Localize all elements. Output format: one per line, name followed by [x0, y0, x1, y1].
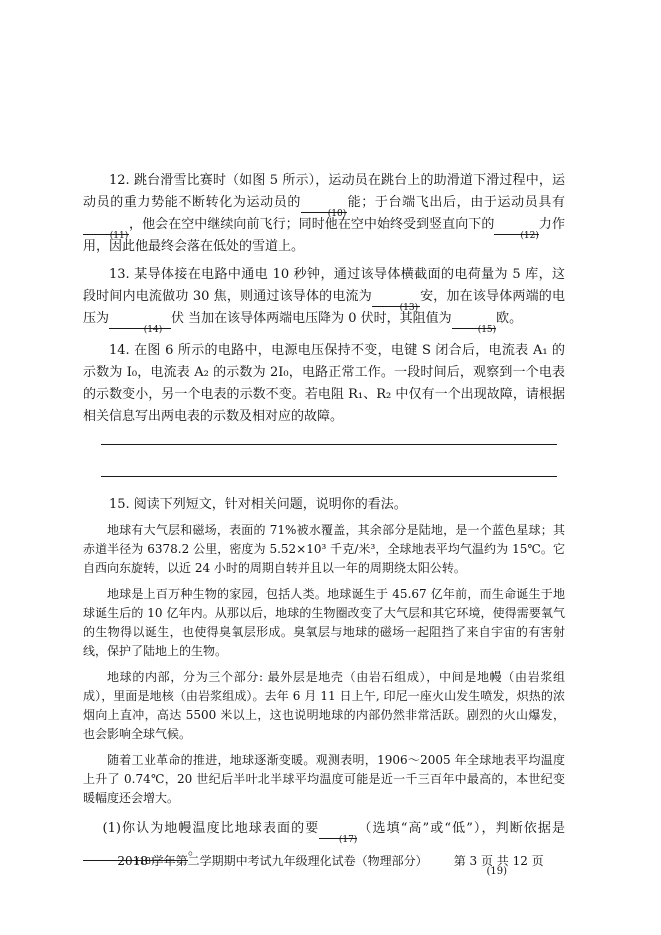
question-15-intro: 15. 阅读下列短文，针对相关问题，说明你的看法。	[83, 494, 565, 516]
passage-paragraph-1: 地球有大气层和磁场，表面的 71%被水覆盖，其余部分是陆地，是一个蓝色星球；其赤…	[83, 521, 565, 578]
answer-blank: (10)	[301, 198, 347, 213]
answer-blank: (15)	[452, 314, 496, 329]
footer-exam-title: 2018 学年第二学期期中考试九年级理化试卷（物理部分）	[117, 853, 427, 869]
passage-paragraph-4: 随着工业革命的推进，地球逐渐变暖。观测表明，1906～2005 年全球地表平均温…	[83, 751, 565, 808]
blank-number-label: (17)	[339, 835, 357, 845]
answer-blank: (17)	[319, 824, 357, 839]
answer-blank: (13)	[372, 292, 420, 307]
page-footer: 2018 学年第二学期期中考试九年级理化试卷（物理部分） 第 3 页 共 12 …	[0, 853, 661, 869]
answer-blank: (11)	[83, 220, 129, 235]
answer-blank: (12)	[494, 220, 538, 235]
blank-number-label: (14)	[144, 325, 162, 335]
question-14: 14. 在图 6 所示的电路中，电源电压保持不变，电键 S 闭合后，电流表 A₁…	[83, 340, 565, 428]
blank-number-label: (11)	[110, 231, 128, 241]
passage-paragraph-3: 地球的内部，分为三个部分: 最外层是地壳（由岩石组成），中间是地幔（由岩浆组成）…	[83, 668, 565, 744]
passage-paragraph-2: 地球是上百万种生物的家园，包括人类。地球诞生于 45.67 亿年前，而生命诞生于…	[83, 585, 565, 661]
blank-number-label: (15)	[478, 325, 496, 335]
page-content: 12. 跳台滑雪比赛时（如图 5 所示），运动员在跳台上的助滑道下滑过程中，运动…	[83, 170, 565, 881]
question-12: 12. 跳台滑雪比赛时（如图 5 所示），运动员在跳台上的助滑道下滑过程中，运动…	[83, 170, 565, 258]
blank-number-label: (10)	[328, 209, 346, 219]
footer-page-number: 第 3 页 共 12 页	[454, 853, 544, 869]
blank-number-label: (13)	[400, 303, 418, 313]
question-13: 13. 某导体接在电路中通电 10 秒钟，通过该导体横截面的电荷量为 5 库，这…	[83, 264, 565, 330]
answer-blank: (14)	[109, 314, 171, 329]
answer-line-2	[101, 476, 557, 477]
exam-page: 12. 跳台滑雪比赛时（如图 5 所示），运动员在跳台上的助滑道下滑过程中，运动…	[0, 0, 661, 935]
answer-line-1	[101, 444, 557, 445]
blank-number-label: (12)	[520, 231, 538, 241]
